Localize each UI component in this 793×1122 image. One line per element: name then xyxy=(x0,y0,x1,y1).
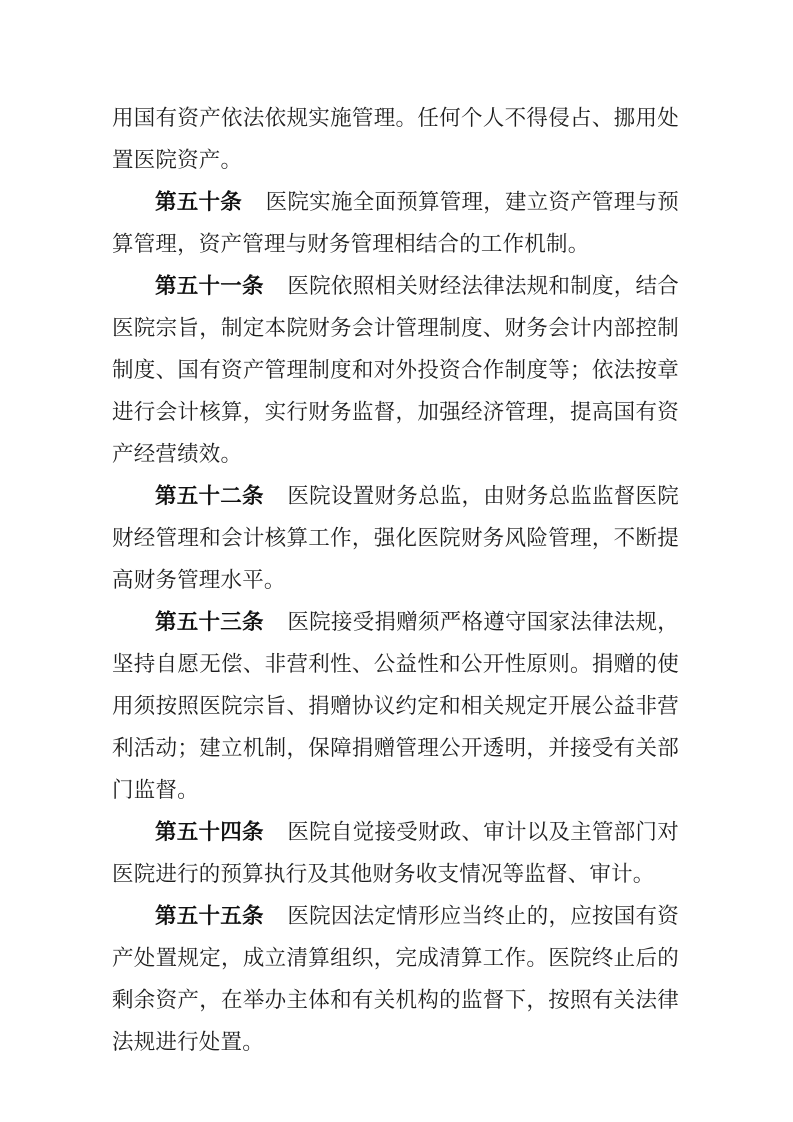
article-53-body: 医院接受捐赠须严格遵守国家法律法规，坚持自愿无偿、非营利性、公益性和公开性原则。… xyxy=(112,610,679,802)
paragraph-article-55: 第五十五条医院因法定情形应当终止的，应按国有资产处置规定，成立清算组织，完成清算… xyxy=(112,895,679,1063)
article-51-heading: 第五十一条 xyxy=(155,274,264,298)
paragraph-continuation: 用国有资产依法依规实施管理。任何个人不得侵占、挪用处置医院资产。 xyxy=(112,97,679,181)
paragraph-article-51: 第五十一条医院依照相关财经法律法规和制度，结合医院宗旨，制定本院财务会计管理制度… xyxy=(112,265,679,475)
paragraph-article-50: 第五十条医院实施全面预算管理，建立资产管理与预算管理，资产管理与财务管理相结合的… xyxy=(112,181,679,265)
paragraph-article-54: 第五十四条医院自觉接受财政、审计以及主管部门对医院进行的预算执行及其他财务收支情… xyxy=(112,811,679,895)
article-52-heading: 第五十二条 xyxy=(155,484,264,508)
article-50-heading: 第五十条 xyxy=(155,190,242,214)
paragraph-article-52: 第五十二条医院设置财务总监，由财务总监监督医院财经管理和会计核算工作，强化医院财… xyxy=(112,475,679,601)
article-54-heading: 第五十四条 xyxy=(155,820,264,844)
document-page: 用国有资产依法依规实施管理。任何个人不得侵占、挪用处置医院资产。 第五十条医院实… xyxy=(0,0,793,1122)
article-55-heading: 第五十五条 xyxy=(155,904,264,928)
paragraph-article-53: 第五十三条医院接受捐赠须严格遵守国家法律法规，坚持自愿无偿、非营利性、公益性和公… xyxy=(112,601,679,811)
article-51-body: 医院依照相关财经法律法规和制度，结合医院宗旨，制定本院财务会计管理制度、财务会计… xyxy=(112,274,679,466)
article-53-heading: 第五十三条 xyxy=(155,610,264,634)
paragraph-continuation-text: 用国有资产依法依规实施管理。任何个人不得侵占、挪用处置医院资产。 xyxy=(112,106,679,172)
document-body: 用国有资产依法依规实施管理。任何个人不得侵占、挪用处置医院资产。 第五十条医院实… xyxy=(112,97,679,1063)
